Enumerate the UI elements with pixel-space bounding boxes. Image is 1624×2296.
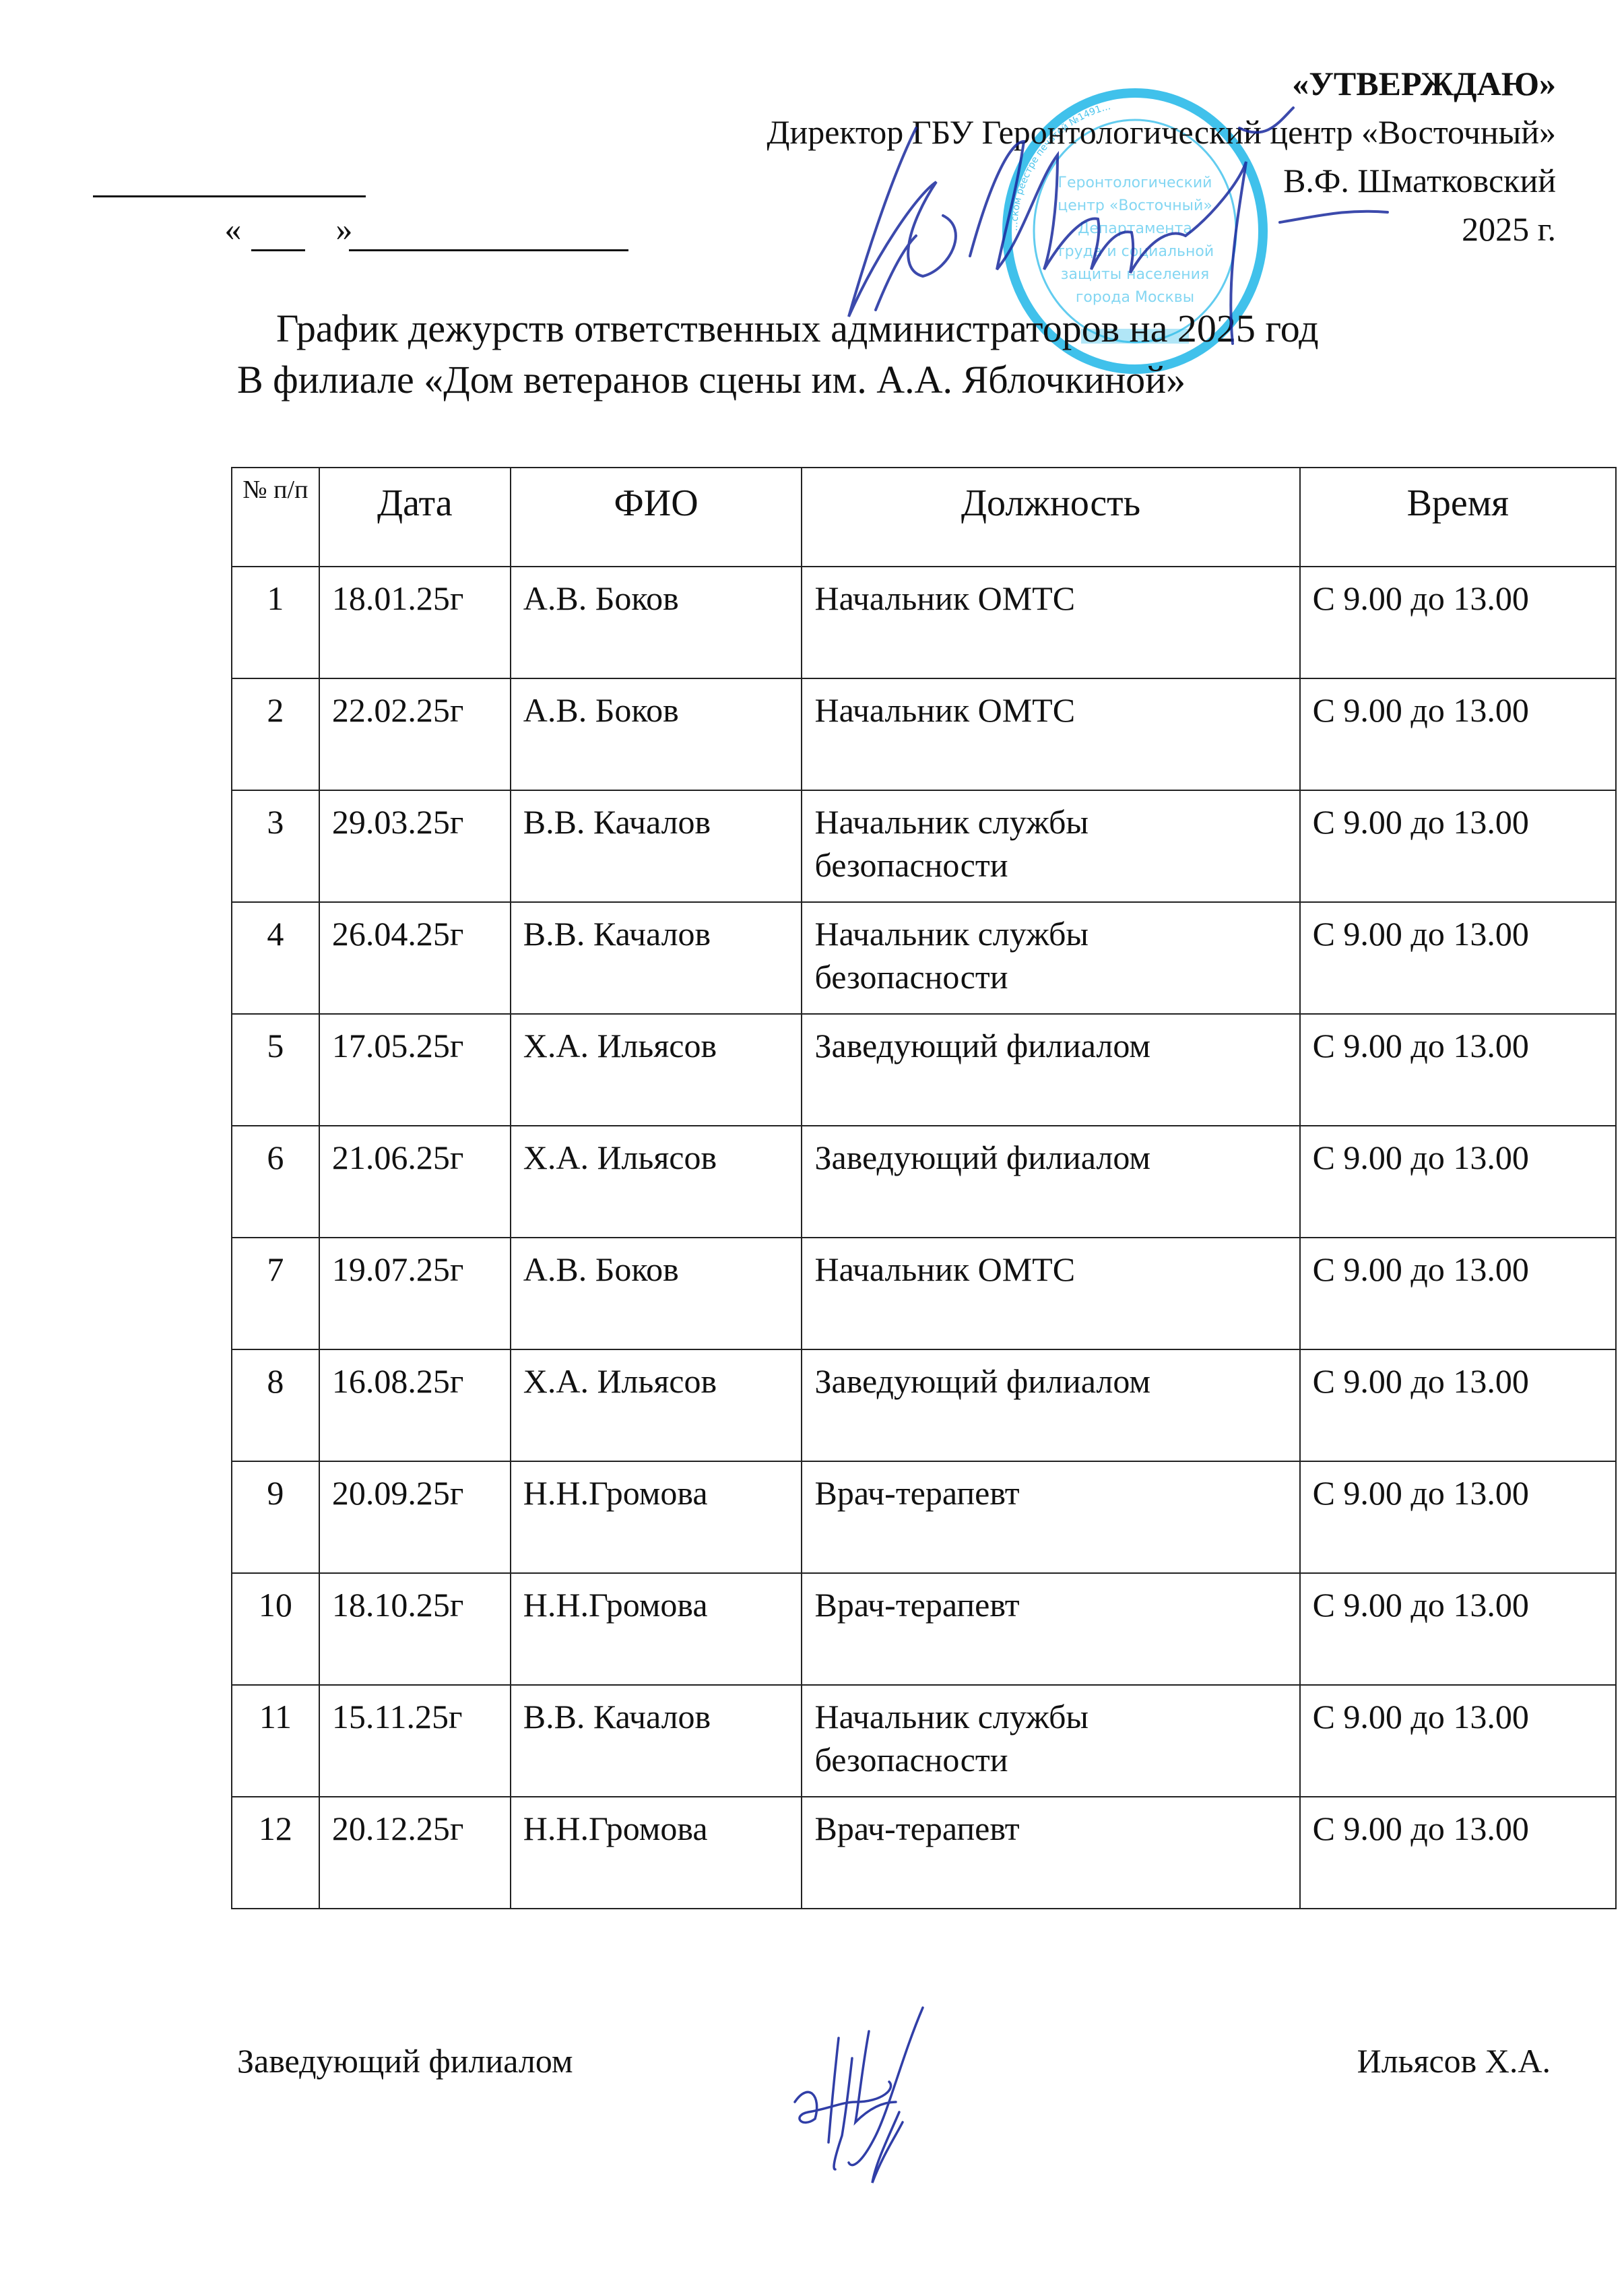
month-blank-line: [349, 249, 628, 251]
row-date: 20.12.25г: [319, 1797, 511, 1909]
table-row: 222.02.25гА.В. БоковНачальник ОМТСС 9.00…: [232, 678, 1616, 790]
row-number: 7: [232, 1238, 319, 1349]
row-time: С 9.00 до 13.00: [1300, 1573, 1616, 1685]
table-row: 920.09.25гН.Н.ГромоваВрач-терапевтС 9.00…: [232, 1461, 1616, 1573]
row-time: С 9.00 до 13.00: [1300, 1014, 1616, 1126]
row-position: Заведующий филиалом: [802, 1126, 1299, 1238]
row-time: С 9.00 до 13.00: [1300, 678, 1616, 790]
row-time: С 9.00 до 13.00: [1300, 1685, 1616, 1797]
table-row: 621.06.25гХ.А. ИльясовЗаведующий филиало…: [232, 1126, 1616, 1238]
date-close-quote: »: [335, 205, 352, 253]
column-header-position: Должность: [802, 468, 1299, 567]
row-position: Врач-терапевт: [802, 1797, 1299, 1909]
row-name: А.В. Боков: [511, 567, 802, 678]
column-header-time: Время: [1300, 468, 1616, 567]
row-number: 12: [232, 1797, 319, 1909]
row-time: С 9.00 до 13.00: [1300, 567, 1616, 678]
row-position: Начальник ОМТС: [802, 678, 1299, 790]
row-name: Н.Н.Громова: [511, 1797, 802, 1909]
row-position: Начальник службы безопасности: [802, 1685, 1299, 1797]
row-date: 22.02.25г: [319, 678, 511, 790]
row-position: Начальник ОМТС: [802, 1238, 1299, 1349]
row-number: 3: [232, 790, 319, 902]
table-row: 719.07.25гА.В. БоковНачальник ОМТСС 9.00…: [232, 1238, 1616, 1349]
row-number: 2: [232, 678, 319, 790]
signature-row: В.Ф. Шматковский: [767, 156, 1556, 205]
row-name: Х.А. Ильясов: [511, 1014, 802, 1126]
row-time: С 9.00 до 13.00: [1300, 1349, 1616, 1461]
row-name: А.В. Боков: [511, 678, 802, 790]
row-name: В.В. Качалов: [511, 1685, 802, 1797]
row-date: 20.09.25г: [319, 1461, 511, 1573]
duty-schedule-table: № п/п Дата ФИО Должность Время 118.01.25…: [231, 467, 1617, 1909]
column-header-date: Дата: [319, 468, 511, 567]
row-number: 8: [232, 1349, 319, 1461]
row-position: Заведующий филиалом: [802, 1349, 1299, 1461]
row-date: 17.05.25г: [319, 1014, 511, 1126]
row-name: Н.Н.Громова: [511, 1573, 802, 1685]
row-name: В.В. Качалов: [511, 902, 802, 1014]
column-header-number: № п/п: [232, 468, 319, 567]
row-number: 1: [232, 567, 319, 678]
row-time: С 9.00 до 13.00: [1300, 1238, 1616, 1349]
row-number: 9: [232, 1461, 319, 1573]
row-position: Начальник службы безопасности: [802, 902, 1299, 1014]
table-row: 426.04.25гВ.В. КачаловНачальник службы б…: [232, 902, 1616, 1014]
row-number: 5: [232, 1014, 319, 1126]
approval-year: 2025 г.: [1462, 210, 1556, 248]
row-date: 15.11.25г: [319, 1685, 511, 1797]
table-row: 329.03.25гВ.В. КачаловНачальник службы б…: [232, 790, 1616, 902]
approval-title: «УТВЕРЖДАЮ»: [767, 59, 1556, 108]
row-position: Начальник ОМТС: [802, 567, 1299, 678]
table-row: 517.05.25гХ.А. ИльясовЗаведующий филиало…: [232, 1014, 1616, 1126]
row-name: Х.А. Ильясов: [511, 1126, 802, 1238]
svg-text:защиты населения: защиты населения: [1061, 266, 1209, 283]
row-position: Врач-терапевт: [802, 1573, 1299, 1685]
row-date: 21.06.25г: [319, 1126, 511, 1238]
row-position: Заведующий филиалом: [802, 1014, 1299, 1126]
director-position: Директор ГБУ Геронтологический центр «Во…: [767, 108, 1556, 156]
table-row: 118.01.25гА.В. БоковНачальник ОМТСС 9.00…: [232, 567, 1616, 678]
date-open-quote: «: [224, 205, 241, 253]
column-header-name: ФИО: [511, 468, 802, 567]
branch-head-signature-icon: [788, 2001, 1004, 2190]
row-time: С 9.00 до 13.00: [1300, 1797, 1616, 1909]
row-time: С 9.00 до 13.00: [1300, 790, 1616, 902]
signature-line: [93, 195, 366, 197]
footer-position: Заведующий филиалом: [237, 2041, 573, 2080]
approval-block: «УТВЕРЖДАЮ» Директор ГБУ Геронтологическ…: [767, 59, 1556, 253]
row-date: 29.03.25г: [319, 790, 511, 902]
table-row: 1220.12.25гН.Н.ГромоваВрач-терапевтС 9.0…: [232, 1797, 1616, 1909]
row-time: С 9.00 до 13.00: [1300, 1126, 1616, 1238]
row-date: 16.08.25г: [319, 1349, 511, 1461]
approval-date-row: « » 2025 г.: [767, 205, 1556, 253]
row-position: Начальник службы безопасности: [802, 790, 1299, 902]
footer-name: Ильясов Х.А.: [1357, 2041, 1551, 2080]
row-number: 10: [232, 1573, 319, 1685]
row-position: Врач-терапевт: [802, 1461, 1299, 1573]
row-date: 18.10.25г: [319, 1573, 511, 1685]
row-number: 6: [232, 1126, 319, 1238]
row-name: Х.А. Ильясов: [511, 1349, 802, 1461]
title-line-2: В филиале «Дом ветеранов сцены им. А.А. …: [237, 354, 1319, 406]
row-date: 19.07.25г: [319, 1238, 511, 1349]
row-date: 18.01.25г: [319, 567, 511, 678]
title-line-1: График дежурств ответственных администра…: [237, 303, 1319, 354]
row-time: С 9.00 до 13.00: [1300, 1461, 1616, 1573]
table-row: 1115.11.25гВ.В. КачаловНачальник службы …: [232, 1685, 1616, 1797]
row-name: В.В. Качалов: [511, 790, 802, 902]
row-name: Н.Н.Громова: [511, 1461, 802, 1573]
row-time: С 9.00 до 13.00: [1300, 902, 1616, 1014]
row-date: 26.04.25г: [319, 902, 511, 1014]
row-name: А.В. Боков: [511, 1238, 802, 1349]
director-name: В.Ф. Шматковский: [1283, 162, 1556, 199]
table-row: 1018.10.25гН.Н.ГромоваВрач-терапевтС 9.0…: [232, 1573, 1616, 1685]
table-header-row: № п/п Дата ФИО Должность Время: [232, 468, 1616, 567]
table-row: 816.08.25гХ.А. ИльясовЗаведующий филиало…: [232, 1349, 1616, 1461]
document-title: График дежурств ответственных администра…: [237, 303, 1319, 406]
row-number: 4: [232, 902, 319, 1014]
row-number: 11: [232, 1685, 319, 1797]
day-blank-line: [251, 249, 305, 251]
